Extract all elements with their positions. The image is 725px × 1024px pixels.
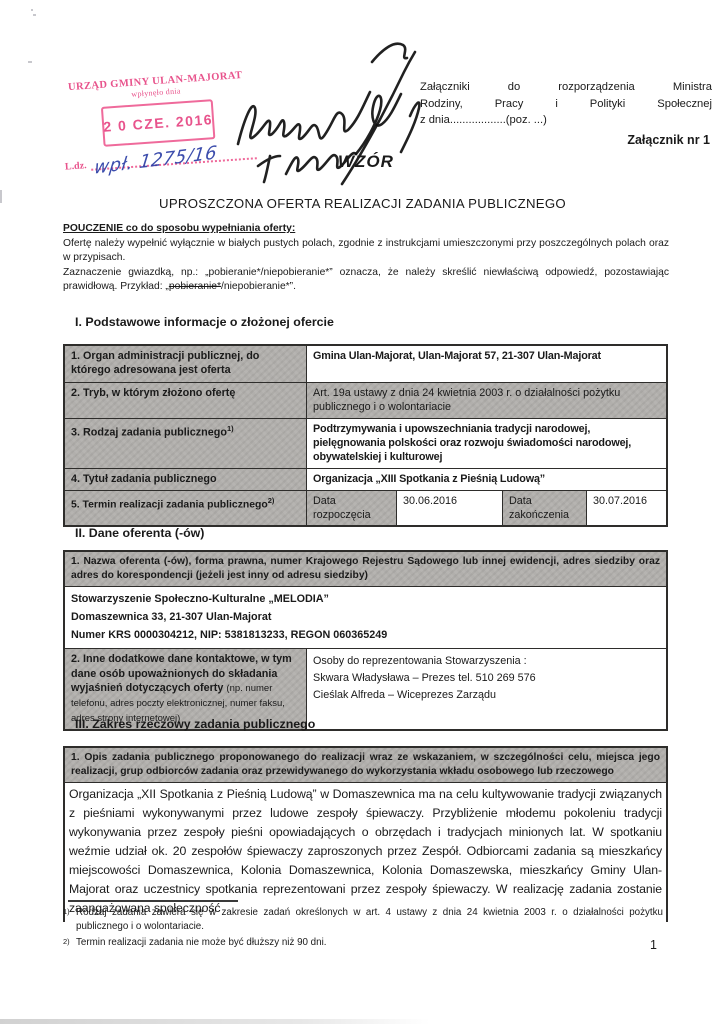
table-row: 2. Tryb, w którym złożono ofertę Art. 19…: [65, 382, 666, 418]
contact-value-cell: Osoby do reprezentowania Stowarzyszenia …: [307, 649, 666, 729]
scanned-document-page: URZĄD GMINY ULAN-MAJORAT wpłynęło dnia 2…: [0, 0, 725, 1024]
offerer-address: Domaszewnica 33, 21-307 Ulan-Majorat: [71, 609, 660, 626]
table-row: 1. Organ administracji publicznej, do kt…: [65, 346, 666, 382]
end-date-label-cell: Data zakończenia: [503, 491, 587, 525]
wzor-watermark: WZÓR: [338, 152, 394, 172]
scan-edge-shadow: [0, 1019, 430, 1024]
termin-subcells: Data rozpoczęcia 30.06.2016 Data zakończ…: [307, 491, 666, 525]
footnote-1: 1)Rodzaj zadania zawiera się w zakresie …: [63, 906, 663, 934]
footnote-1-marker: 1): [63, 905, 70, 919]
stamp-ldz-label: L.dz.: [65, 160, 87, 172]
end-date-value-cell: 30.07.2016: [587, 491, 666, 525]
footnote-2-marker: 2): [63, 935, 70, 949]
regulation-line: Załączniki do rozporządzenia Ministra: [420, 79, 712, 96]
representatives-intro: Osoby do reprezentowania Stowarzyszenia …: [313, 653, 660, 669]
footnote-divider: [68, 900, 238, 902]
instructions-paragraph-2: Zaznaczenie gwiazdką, np.: „pobieranie*/…: [63, 266, 669, 295]
struck-example-text: pobieranie*: [169, 281, 221, 292]
scan-artifact: [33, 14, 36, 16]
instructions-block: POUCZENIE co do sposobu wypełniania ofer…: [63, 222, 669, 295]
footnote-2: 2)Termin realizacji zadania nie może być…: [63, 936, 663, 950]
instructions-heading: POUCZENIE co do sposobu wypełniania ofer…: [63, 222, 669, 237]
representative-2: Cieślak Alfreda – Wiceprezes Zarządu: [313, 687, 660, 703]
footnotes-block: 1)Rodzaj zadania zawiera się w zakresie …: [63, 906, 663, 951]
scan-artifact: [31, 9, 33, 11]
basic-info-table: 1. Organ administracji publicznej, do kt…: [63, 344, 668, 527]
organ-value-cell: Gmina Ulan-Majorat, Ulan-Majorat 57, 21-…: [307, 346, 666, 382]
stamp-date-box: 2 0 CZE. 2016: [101, 99, 216, 147]
table-row: 1. Nazwa oferenta (-ów), forma prawna, n…: [65, 552, 666, 586]
regulation-line: Rodziny, Pracy i Polityki Społecznej: [420, 96, 712, 113]
page-number: 1: [650, 938, 657, 952]
regulation-reference: Załączniki do rozporządzenia Ministra Ro…: [420, 79, 712, 148]
regulation-line: z dnia..................(poz. ...): [420, 112, 712, 129]
task-description-header-cell: 1. Opis zadania publicznego proponowaneg…: [65, 748, 666, 782]
task-scope-table: 1. Opis zadania publicznego proponowaneg…: [63, 746, 668, 922]
tryb-value-cell: Art. 19a ustawy z dnia 24 kwietnia 2003 …: [307, 383, 666, 418]
offerer-data-table: 1. Nazwa oferenta (-ów), forma prawna, n…: [63, 550, 668, 731]
section-1-heading: I. Podstawowe informacje o złożonej ofer…: [75, 315, 334, 329]
table-row: 3. Rodzaj zadania publicznego1) Podtrzym…: [65, 418, 666, 468]
offerer-details-cell: Stowarzyszenie Społeczno-Kulturalne „MEL…: [65, 587, 666, 648]
start-date-value-cell: 30.06.2016: [397, 491, 503, 525]
handwritten-signature: [224, 32, 429, 190]
section-3-heading: III. Zakres rzeczowy zadania publicznego: [75, 717, 315, 731]
table-row: 4. Tytuł zadania publicznego Organizacja…: [65, 468, 666, 490]
offerer-header-cell: 1. Nazwa oferenta (-ów), forma prawna, n…: [65, 552, 666, 586]
attachment-number: Załącznik nr 1: [420, 132, 712, 149]
representative-1: Skwara Władysława – Prezes tel. 510 269 …: [313, 670, 660, 686]
table-row: 1. Opis zadania publicznego proponowaneg…: [65, 748, 666, 782]
organ-label-cell: 1. Organ administracji publicznej, do kt…: [65, 346, 307, 382]
tytul-label-cell: 4. Tytuł zadania publicznego: [65, 469, 307, 490]
tytul-value-cell: Organizacja „XIII Spotkania z Pieśnią Lu…: [307, 469, 666, 490]
tryb-label-cell: 2. Tryb, w którym złożono ofertę: [65, 383, 307, 418]
rodzaj-value-cell: Podtrzymywania i upowszechniania tradycj…: [307, 419, 666, 468]
offerer-name: Stowarzyszenie Społeczno-Kulturalne „MEL…: [71, 591, 660, 608]
table-row: 5. Termin realizacji zadania publicznego…: [65, 490, 666, 525]
instructions-paragraph-1: Ofertę należy wypełnić wyłącznie w biały…: [63, 237, 669, 266]
rodzaj-label-cell: 3. Rodzaj zadania publicznego1): [65, 419, 307, 468]
scan-artifact: [28, 61, 32, 63]
section-2-heading: II. Dane oferenta (-ów): [75, 526, 204, 540]
start-date-label-cell: Data rozpoczęcia: [307, 491, 397, 525]
table-row: Stowarzyszenie Społeczno-Kulturalne „MEL…: [65, 586, 666, 648]
termin-label-cell: 5. Termin realizacji zadania publicznego…: [65, 491, 307, 525]
footnote-ref-1: 1): [227, 424, 234, 433]
footnote-ref-2: 2): [268, 496, 275, 505]
offerer-registry-numbers: Numer KRS 0000304212, NIP: 5381813233, R…: [71, 627, 660, 644]
document-title: UPROSZCZONA OFERTA REALIZACJI ZADANIA PU…: [0, 196, 725, 211]
stamp-date: 2 0 CZE. 2016: [103, 111, 214, 135]
